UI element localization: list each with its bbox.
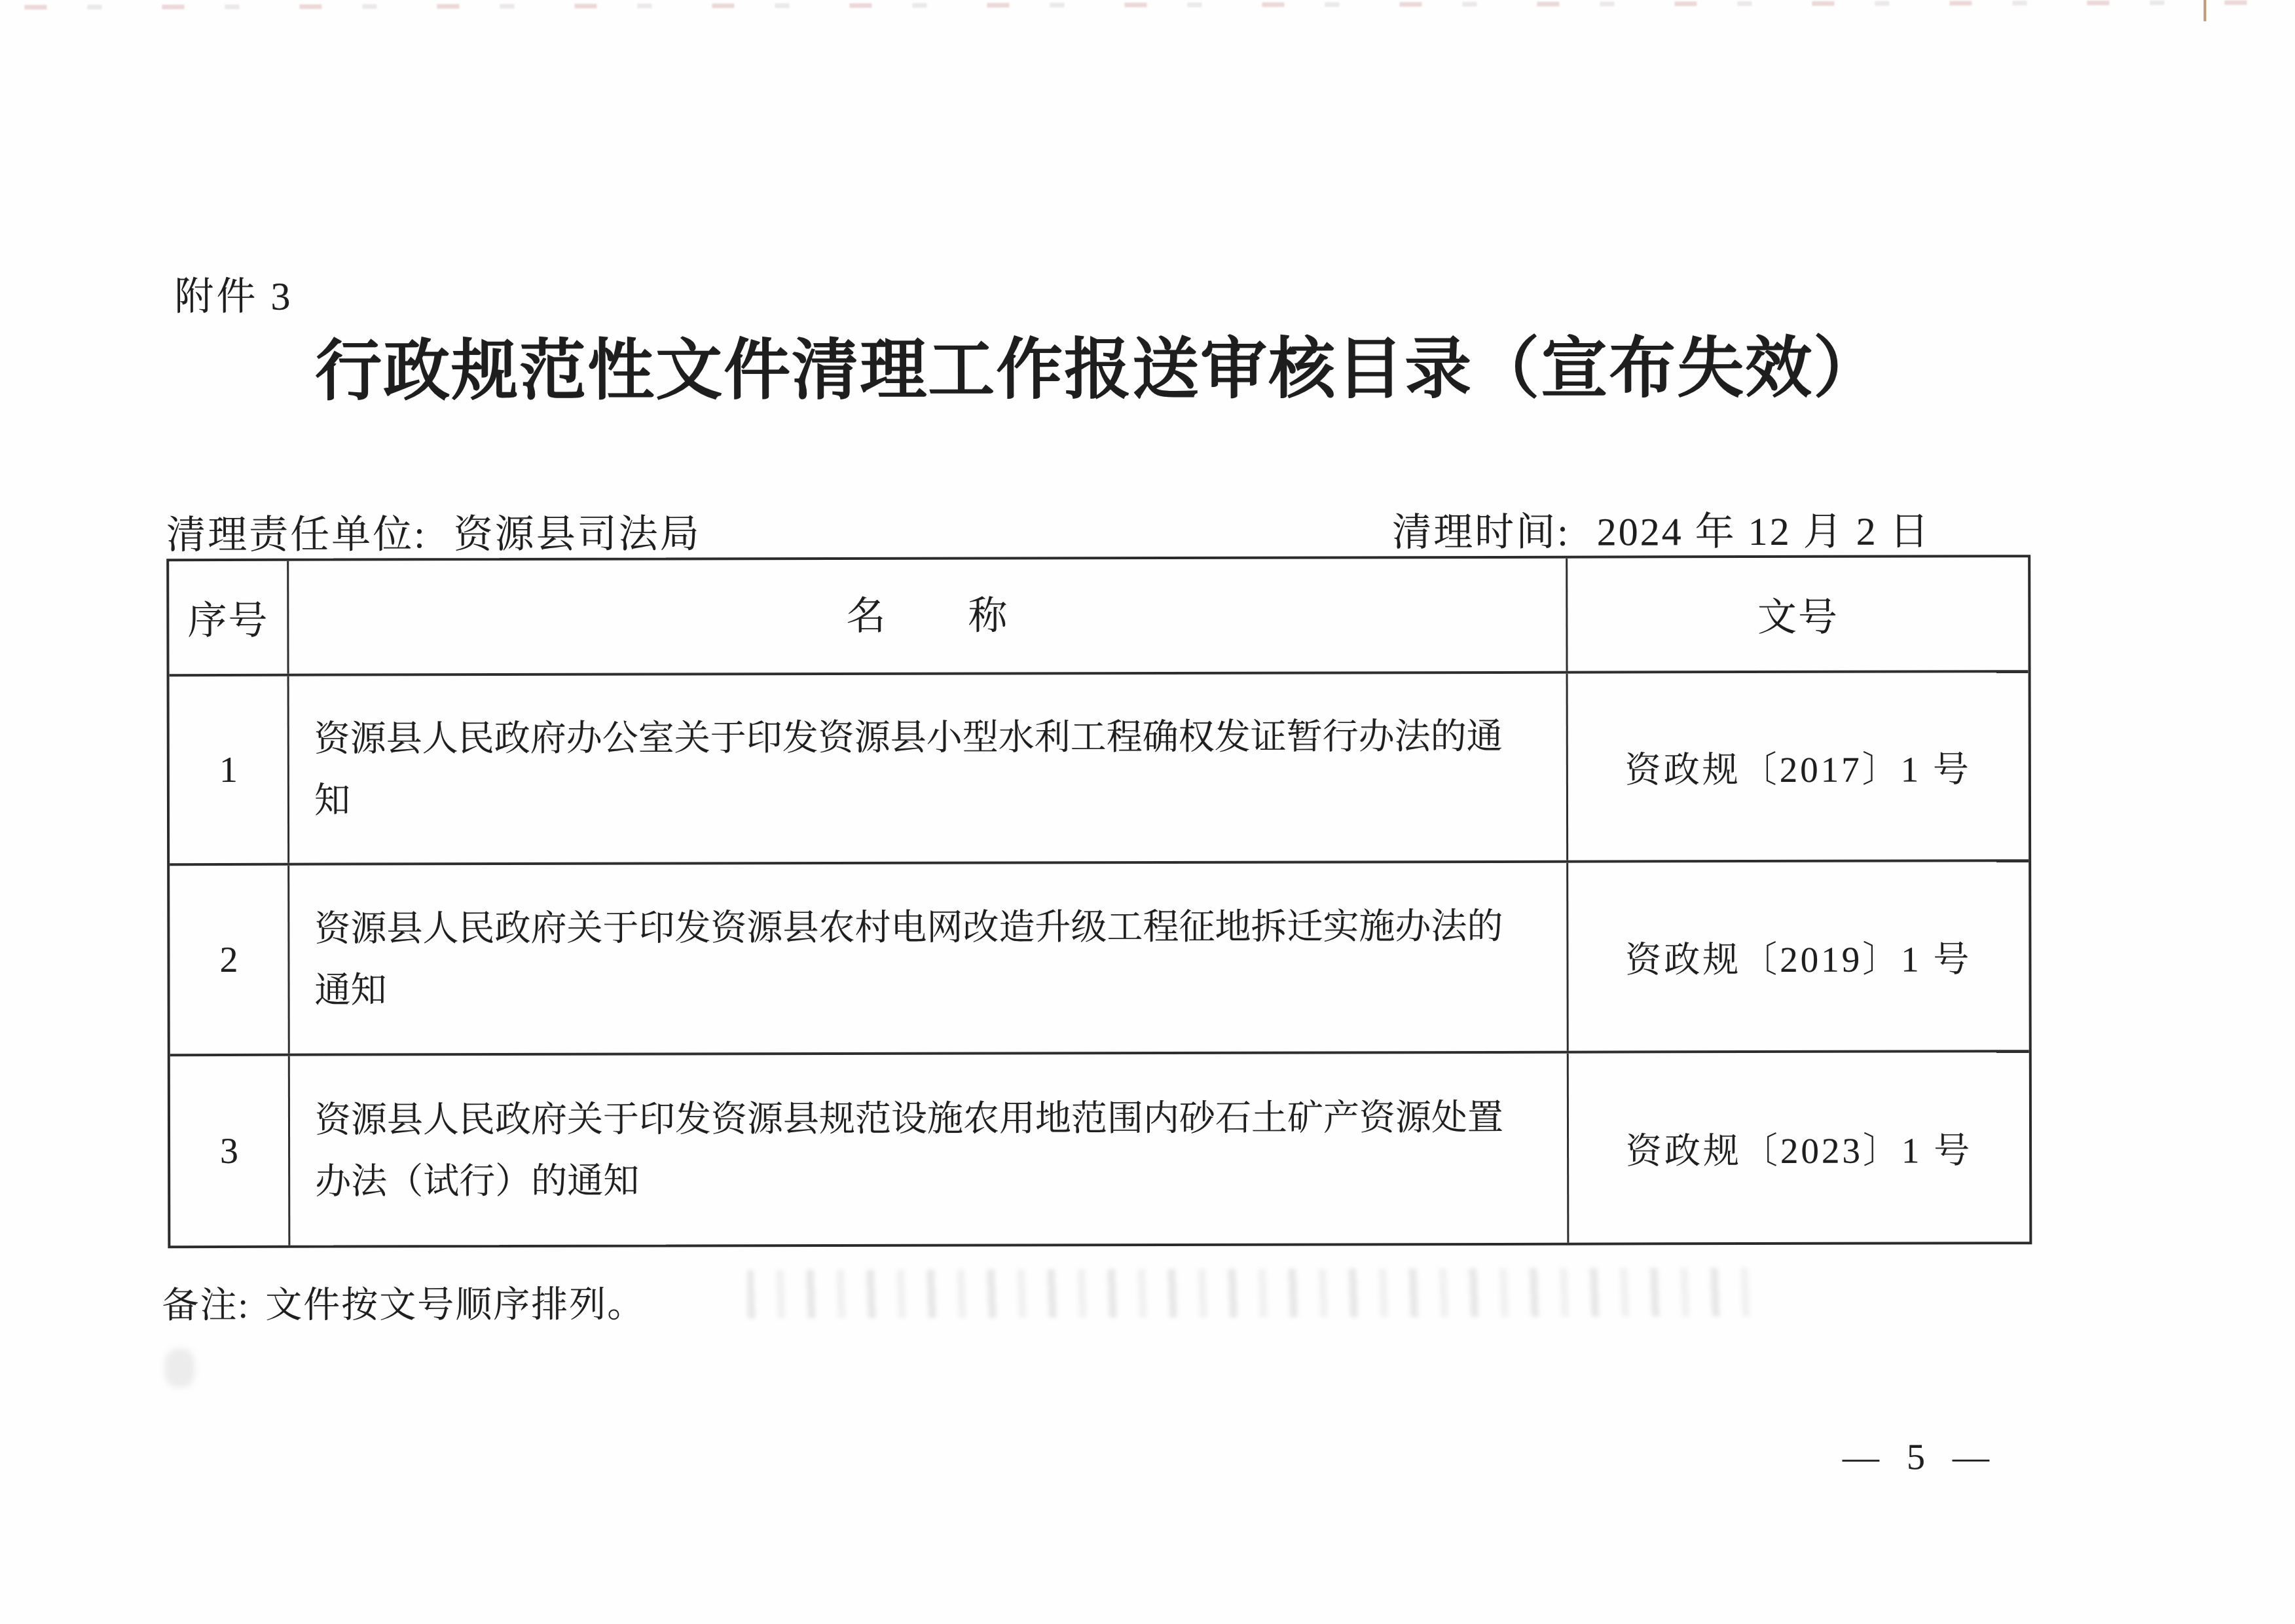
cell-doc-number: 资政规〔2017〕1 号 — [1566, 673, 2029, 860]
cell-name: 资源县人民政府关于印发资源县规范设施农用地范围内砂石土矿产资源处置办法（试行）的… — [288, 1054, 1568, 1246]
remark-line: 备注:文件按文号顺序排列。 — [162, 1276, 645, 1329]
scan-artifact-top-dashes — [24, 0, 2254, 9]
header-cell-index: 序号 — [169, 561, 287, 674]
cell-name: 资源县人民政府关于印发资源县农村电网改造升级工程征地拆迁实施办法的通知 — [287, 863, 1567, 1054]
clearance-time-label: 清理时间: — [1392, 511, 1570, 555]
scanned-page: 附件 3 行政规范性文件清理工作报送审核目录（宣布失效） 清理责任单位: 资源县… — [0, 0, 2295, 1624]
scan-artifact-ghost-text — [747, 1268, 1769, 1318]
cell-index: 1 — [170, 676, 288, 863]
clearance-unit-value: 资源县司法局 — [454, 512, 701, 556]
scan-content: 附件 3 行政规范性文件清理工作报送审核目录（宣布失效） 清理责任单位: 资源县… — [0, 0, 2295, 1624]
cell-doc-number: 资政规〔2019〕1 号 — [1566, 862, 2029, 1050]
cell-name: 资源县人民政府办公室关于印发资源县小型水利工程确权发证暂行办法的通知 — [287, 674, 1567, 863]
clearance-catalog-table: 序号 名 称 文号 1 资源县人民政府办公室关于印发资源县小型水利工程确权发证暂… — [166, 555, 2032, 1248]
cell-doc-number: 资政规〔2023〕1 号 — [1567, 1052, 2030, 1242]
table-row: 1 资源县人民政府办公室关于印发资源县小型水利工程确权发证暂行办法的通知 资政规… — [170, 670, 2029, 863]
clearance-time: 清理时间: 2024 年 12 月 2 日 — [1392, 500, 1931, 557]
remark-text: 文件按文号顺序排列。 — [265, 1285, 645, 1326]
document-title: 行政规范性文件清理工作报送审核目录（宣布失效） — [166, 320, 2030, 421]
table-row: 3 资源县人民政府关于印发资源县规范设施农用地范围内砂石土矿产资源处置办法（试行… — [170, 1050, 2030, 1246]
clearance-unit-label: 清理责任单位: — [166, 513, 427, 557]
header-cell-doc-number: 文号 — [1566, 557, 2028, 671]
table-header-row: 序号 名 称 文号 — [169, 557, 2028, 674]
page-number: — 5 — — [1843, 1436, 1998, 1478]
scan-artifact-corner-line — [2203, 0, 2206, 22]
clearance-unit: 清理责任单位: 资源县司法局 — [166, 502, 701, 560]
clearance-time-value: 2024 年 12 月 2 日 — [1597, 509, 1931, 553]
scan-artifact-smudge — [165, 1348, 195, 1388]
remark-label: 备注: — [162, 1285, 250, 1326]
cell-index: 2 — [170, 866, 288, 1054]
attachment-label: 附件 3 — [174, 265, 293, 322]
header-cell-name: 名 称 — [287, 559, 1566, 674]
table-row: 2 资源县人民政府关于印发资源县农村电网改造升级工程征地拆迁实施办法的通知 资政… — [170, 859, 2029, 1054]
meta-row: 清理责任单位: 资源县司法局 清理时间: 2024 年 12 月 2 日 — [166, 500, 2030, 559]
cell-index: 3 — [170, 1056, 289, 1246]
